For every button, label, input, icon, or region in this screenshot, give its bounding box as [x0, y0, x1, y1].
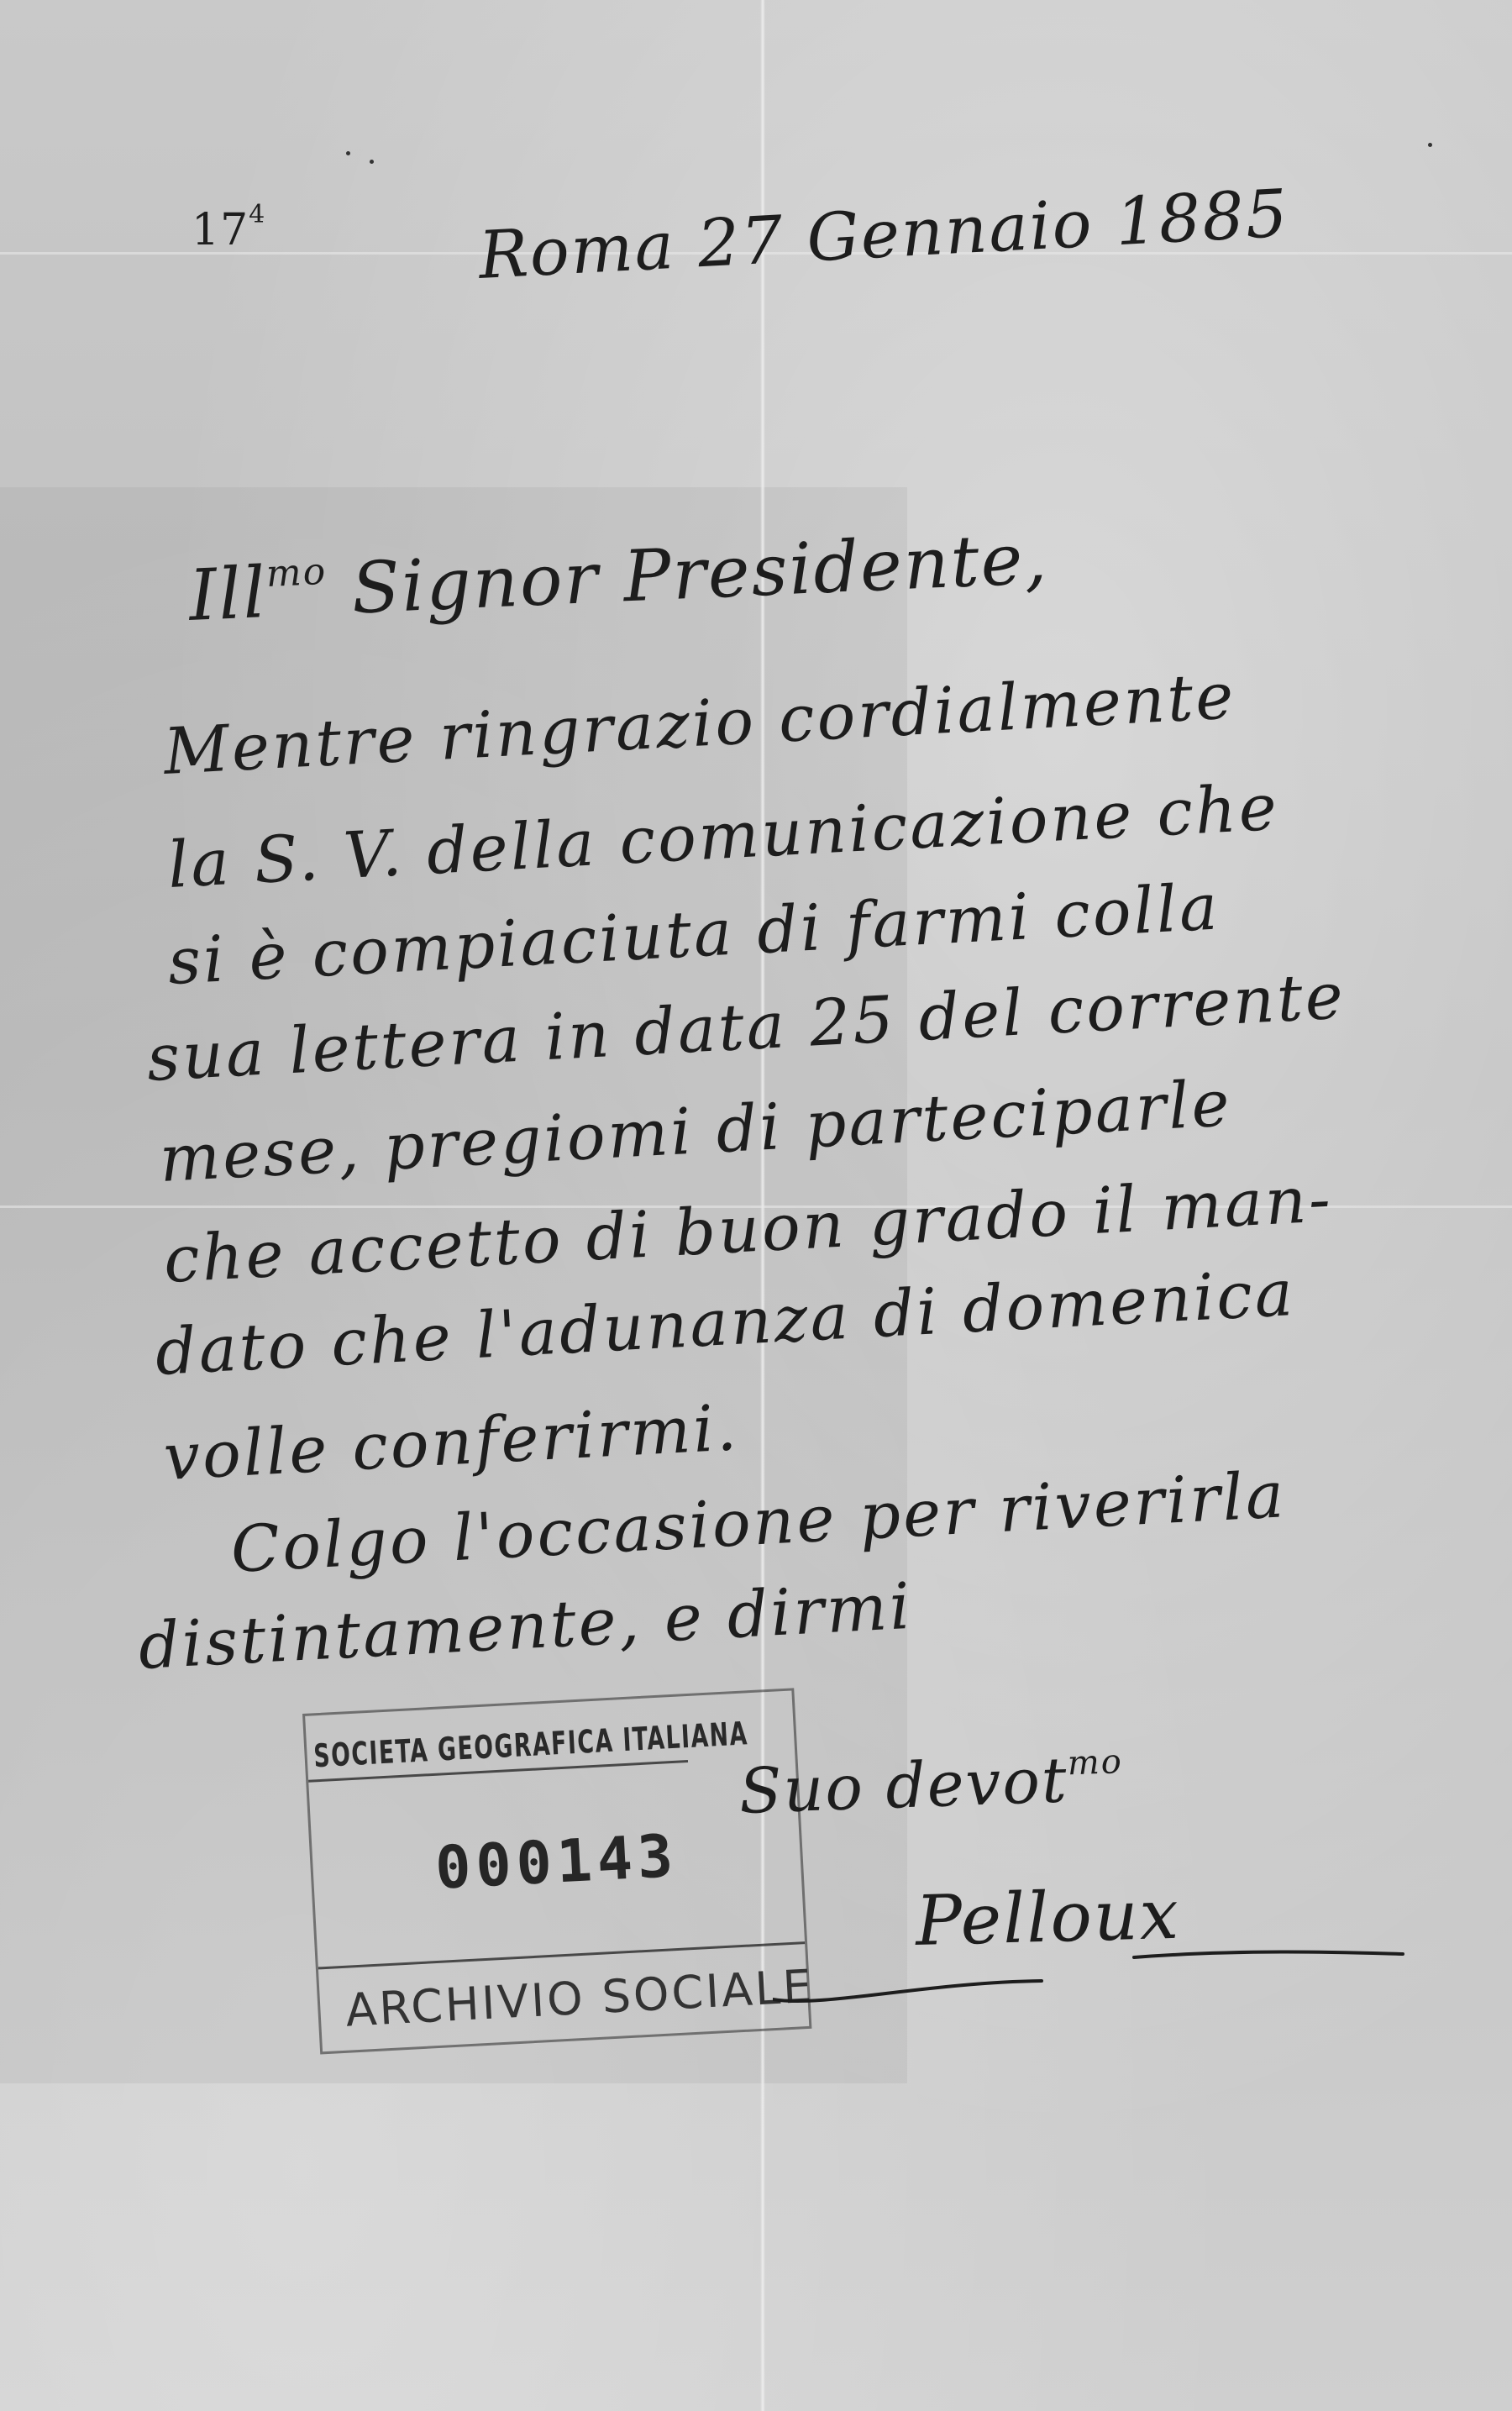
closing-text: Suo devot [738, 1744, 1068, 1828]
signature-flourish-icon [773, 1949, 1411, 2016]
closing-superscript: mo [1067, 1742, 1124, 1783]
letter-page: 174 Roma 27 Gennaio 1885 Illmo Signor Pr… [0, 0, 1512, 2411]
stamp-number: 000143 [308, 1757, 805, 1967]
archive-number-main: 17 [192, 205, 249, 255]
archive-stamp: SOCIETA GEOGRAFICA ITALIANA 000143 ARCHI… [302, 1688, 811, 2054]
ink-speck [346, 151, 350, 155]
salutation-superscript: mo [265, 550, 328, 596]
archive-number-superscript: 4 [249, 200, 265, 229]
closing: Suo devotmo [738, 1742, 1124, 1828]
archive-number: 174 [192, 200, 265, 255]
salutation-prefix: Ill [187, 551, 269, 637]
ink-speck [1428, 143, 1432, 147]
ink-speck [370, 160, 374, 164]
place-date: Roma 27 Gennaio 1885 [477, 176, 1291, 294]
